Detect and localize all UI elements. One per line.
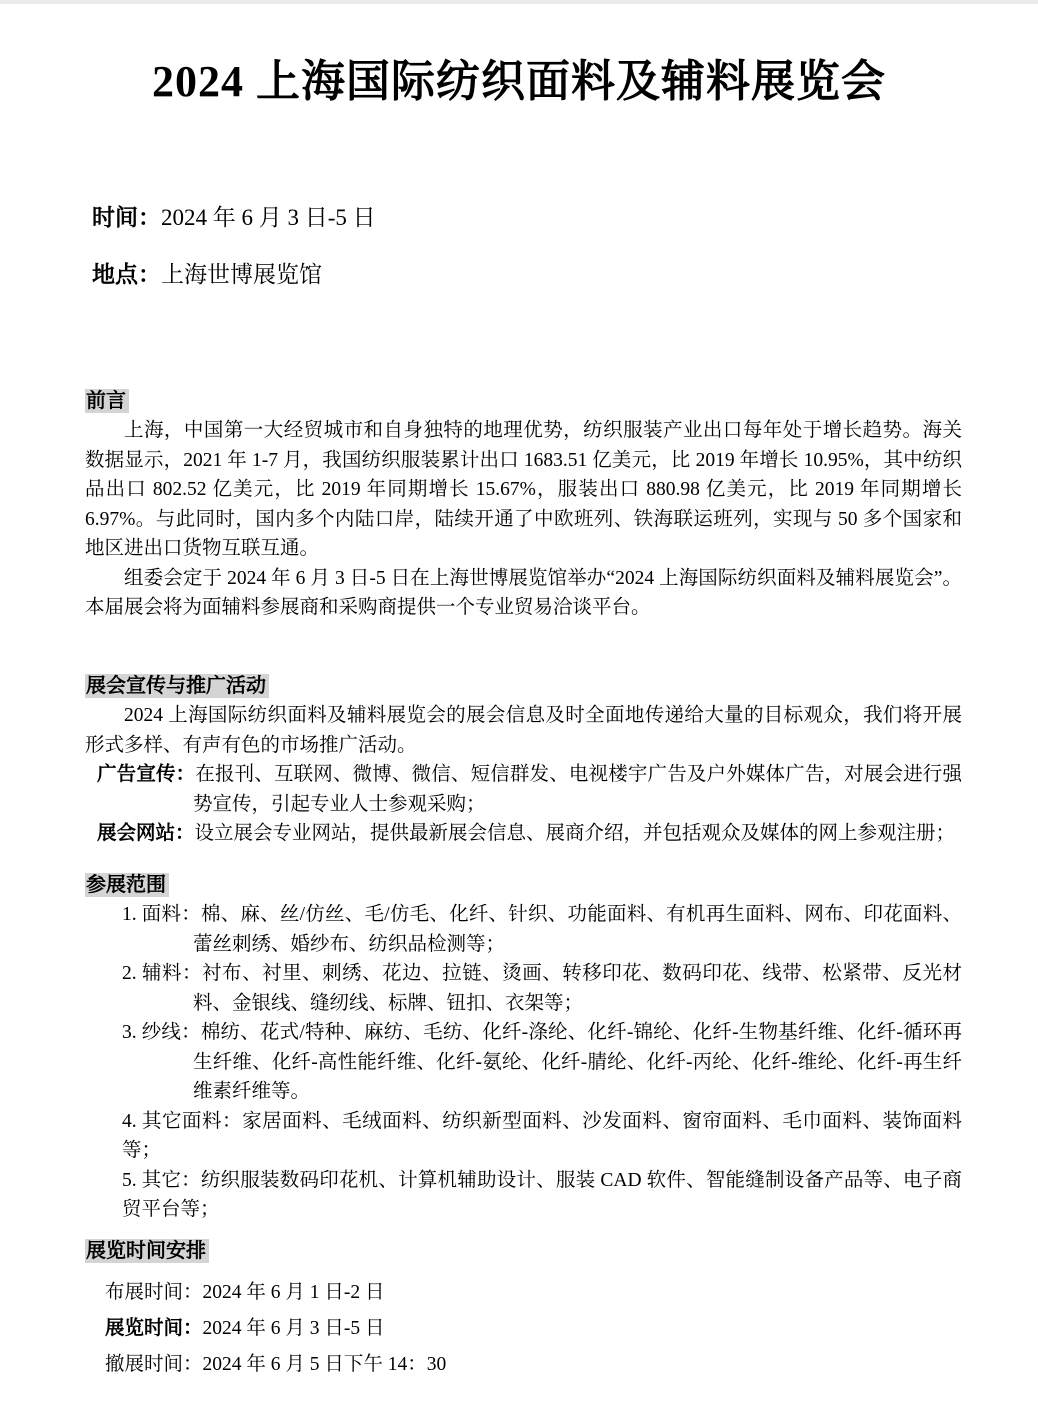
venue-label: 地点： (92, 262, 161, 287)
scope-item-fabrics-label: 1. 面料： (122, 904, 201, 925)
scope-item-yarns-label: 3. 纱线： (122, 1022, 201, 1043)
time-value: 2024 年 6 月 3 日-5 日 (161, 205, 376, 230)
preface-section: 前言 上海，中国第一大经贸城市和自身独特的地理优势，纺织服装产业出口每年处于增长… (85, 386, 962, 623)
promotion-intro: 2024 上海国际纺织面料及辅料展览会的展会信息及时全面地传递给大量的目标观众，… (85, 701, 962, 760)
scope-list: 1. 面料：棉、麻、丝/仿丝、毛/仿毛、化纤、针织、功能面料、有机再生面料、网布… (122, 900, 962, 1225)
page-title: 2024 上海国际纺织面料及辅料展览会 (0, 56, 1038, 109)
viewer-top-edge (0, 0, 1038, 4)
promotion-item-website: 展会网站：设立展会专业网站，提供最新展会信息、展商介绍，并包括观众及媒体的网上参… (97, 819, 962, 849)
scope-section: 参展范围 1. 面料：棉、麻、丝/仿丝、毛/仿毛、化纤、针织、功能面料、有机再生… (85, 870, 962, 1225)
scope-item-others: 5. 其它：纺织服装数码印花机、计算机辅助设计、服装 CAD 软件、智能缝制设备… (122, 1166, 962, 1225)
schedule-item-exhibition-value: 2024 年 6 月 3 日-5 日 (203, 1318, 385, 1339)
scope-item-accessories-label: 2. 辅料： (122, 963, 202, 984)
document-page: 2024 上海国际纺织面料及辅料展览会 时间：2024 年 6 月 3 日-5 … (0, 0, 1038, 1419)
preface-paragraph-2: 组委会定于 2024 年 6 月 3 日-5 日在上海世博展览馆举办“2024 … (85, 564, 962, 623)
promotion-item-advertising: 广告宣传：在报刊、互联网、微博、微信、短信群发、电视楼宇广告及户外媒体广告，对展… (97, 760, 962, 819)
promotion-heading-text: 展会宣传与推广活动 (85, 674, 269, 698)
scope-item-others-label: 5. 其它： (122, 1170, 201, 1191)
scope-item-yarns-text: 棉纺、花式/特种、麻纺、毛纺、化纤-涤纶、化纤-锦纶、化纤-生物基纤维、化纤-循… (193, 1022, 962, 1102)
schedule-item-setup-label: 布展时间： (105, 1282, 203, 1303)
time-line: 时间：2024 年 6 月 3 日-5 日 (92, 203, 376, 233)
preface-heading: 前言 (85, 386, 962, 416)
scope-item-accessories: 2. 辅料：衬布、衬里、刺绣、花边、拉链、烫画、转移印花、数码印花、线带、松紧带… (122, 959, 962, 1018)
promotion-item-advertising-label: 广告宣传： (97, 764, 195, 785)
preface-heading-text: 前言 (85, 389, 129, 413)
promotion-heading: 展会宣传与推广活动 (85, 671, 962, 701)
promotion-item-website-label: 展会网站： (97, 823, 195, 844)
schedule-item-teardown-label: 撤展时间： (105, 1354, 203, 1375)
scope-item-fabrics: 1. 面料：棉、麻、丝/仿丝、毛/仿毛、化纤、针织、功能面料、有机再生面料、网布… (122, 900, 962, 959)
schedule-item-exhibition-label: 展览时间： (105, 1318, 203, 1339)
promotion-item-advertising-text: 在报刊、互联网、微博、微信、短信群发、电视楼宇广告及户外媒体广告，对展会进行强势… (193, 764, 962, 815)
schedule-item-setup: 布展时间：2024 年 6 月 1 日-2 日 (105, 1278, 962, 1307)
schedule-section: 展览时间安排 布展时间：2024 年 6 月 1 日-2 日 展览时间：2024… (85, 1236, 962, 1386)
preface-paragraph-1: 上海，中国第一大经贸城市和自身独特的地理优势，纺织服装产业出口每年处于增长趋势。… (85, 416, 962, 564)
schedule-heading-text: 展览时间安排 (85, 1239, 209, 1263)
schedule-item-setup-value: 2024 年 6 月 1 日-2 日 (203, 1282, 385, 1303)
schedule-item-teardown-value: 2024 年 6 月 5 日下午 14：30 (203, 1354, 447, 1375)
promotion-section: 展会宣传与推广活动 2024 上海国际纺织面料及辅料展览会的展会信息及时全面地传… (85, 671, 962, 849)
scope-item-accessories-text: 衬布、衬里、刺绣、花边、拉链、烫画、转移印花、数码印花、线带、松紧带、反光材料、… (193, 963, 962, 1014)
schedule-item-exhibition: 展览时间：2024 年 6 月 3 日-5 日 (105, 1314, 962, 1343)
scope-item-yarns: 3. 纱线：棉纺、花式/特种、麻纺、毛纺、化纤-涤纶、化纤-锦纶、化纤-生物基纤… (122, 1018, 962, 1107)
promotion-item-website-text: 设立展会专业网站，提供最新展会信息、展商介绍，并包括观众及媒体的网上参观注册； (195, 823, 956, 844)
schedule-heading: 展览时间安排 (85, 1236, 962, 1266)
venue-line: 地点：上海世博展览馆 (92, 260, 322, 290)
scope-item-others-text: 纺织服装数码印花机、计算机辅助设计、服装 CAD 软件、智能缝制设备产品等、电子… (122, 1170, 962, 1221)
schedule-item-teardown: 撤展时间：2024 年 6 月 5 日下午 14：30 (105, 1350, 962, 1379)
scope-item-other-fabrics-text: 家居面料、毛绒面料、纺织新型面料、沙发面料、窗帘面料、毛巾面料、装饰面料等； (122, 1111, 962, 1162)
scope-heading-text: 参展范围 (85, 873, 169, 897)
scope-item-other-fabrics: 4. 其它面料：家居面料、毛绒面料、纺织新型面料、沙发面料、窗帘面料、毛巾面料、… (122, 1107, 962, 1166)
venue-value: 上海世博展览馆 (161, 262, 322, 287)
scope-item-fabrics-text: 棉、麻、丝/仿丝、毛/仿毛、化纤、针织、功能面料、有机再生面料、网布、印花面料、… (193, 904, 962, 955)
scope-heading: 参展范围 (85, 870, 962, 900)
time-label: 时间： (92, 205, 161, 230)
scope-item-other-fabrics-label: 4. 其它面料： (122, 1111, 242, 1132)
